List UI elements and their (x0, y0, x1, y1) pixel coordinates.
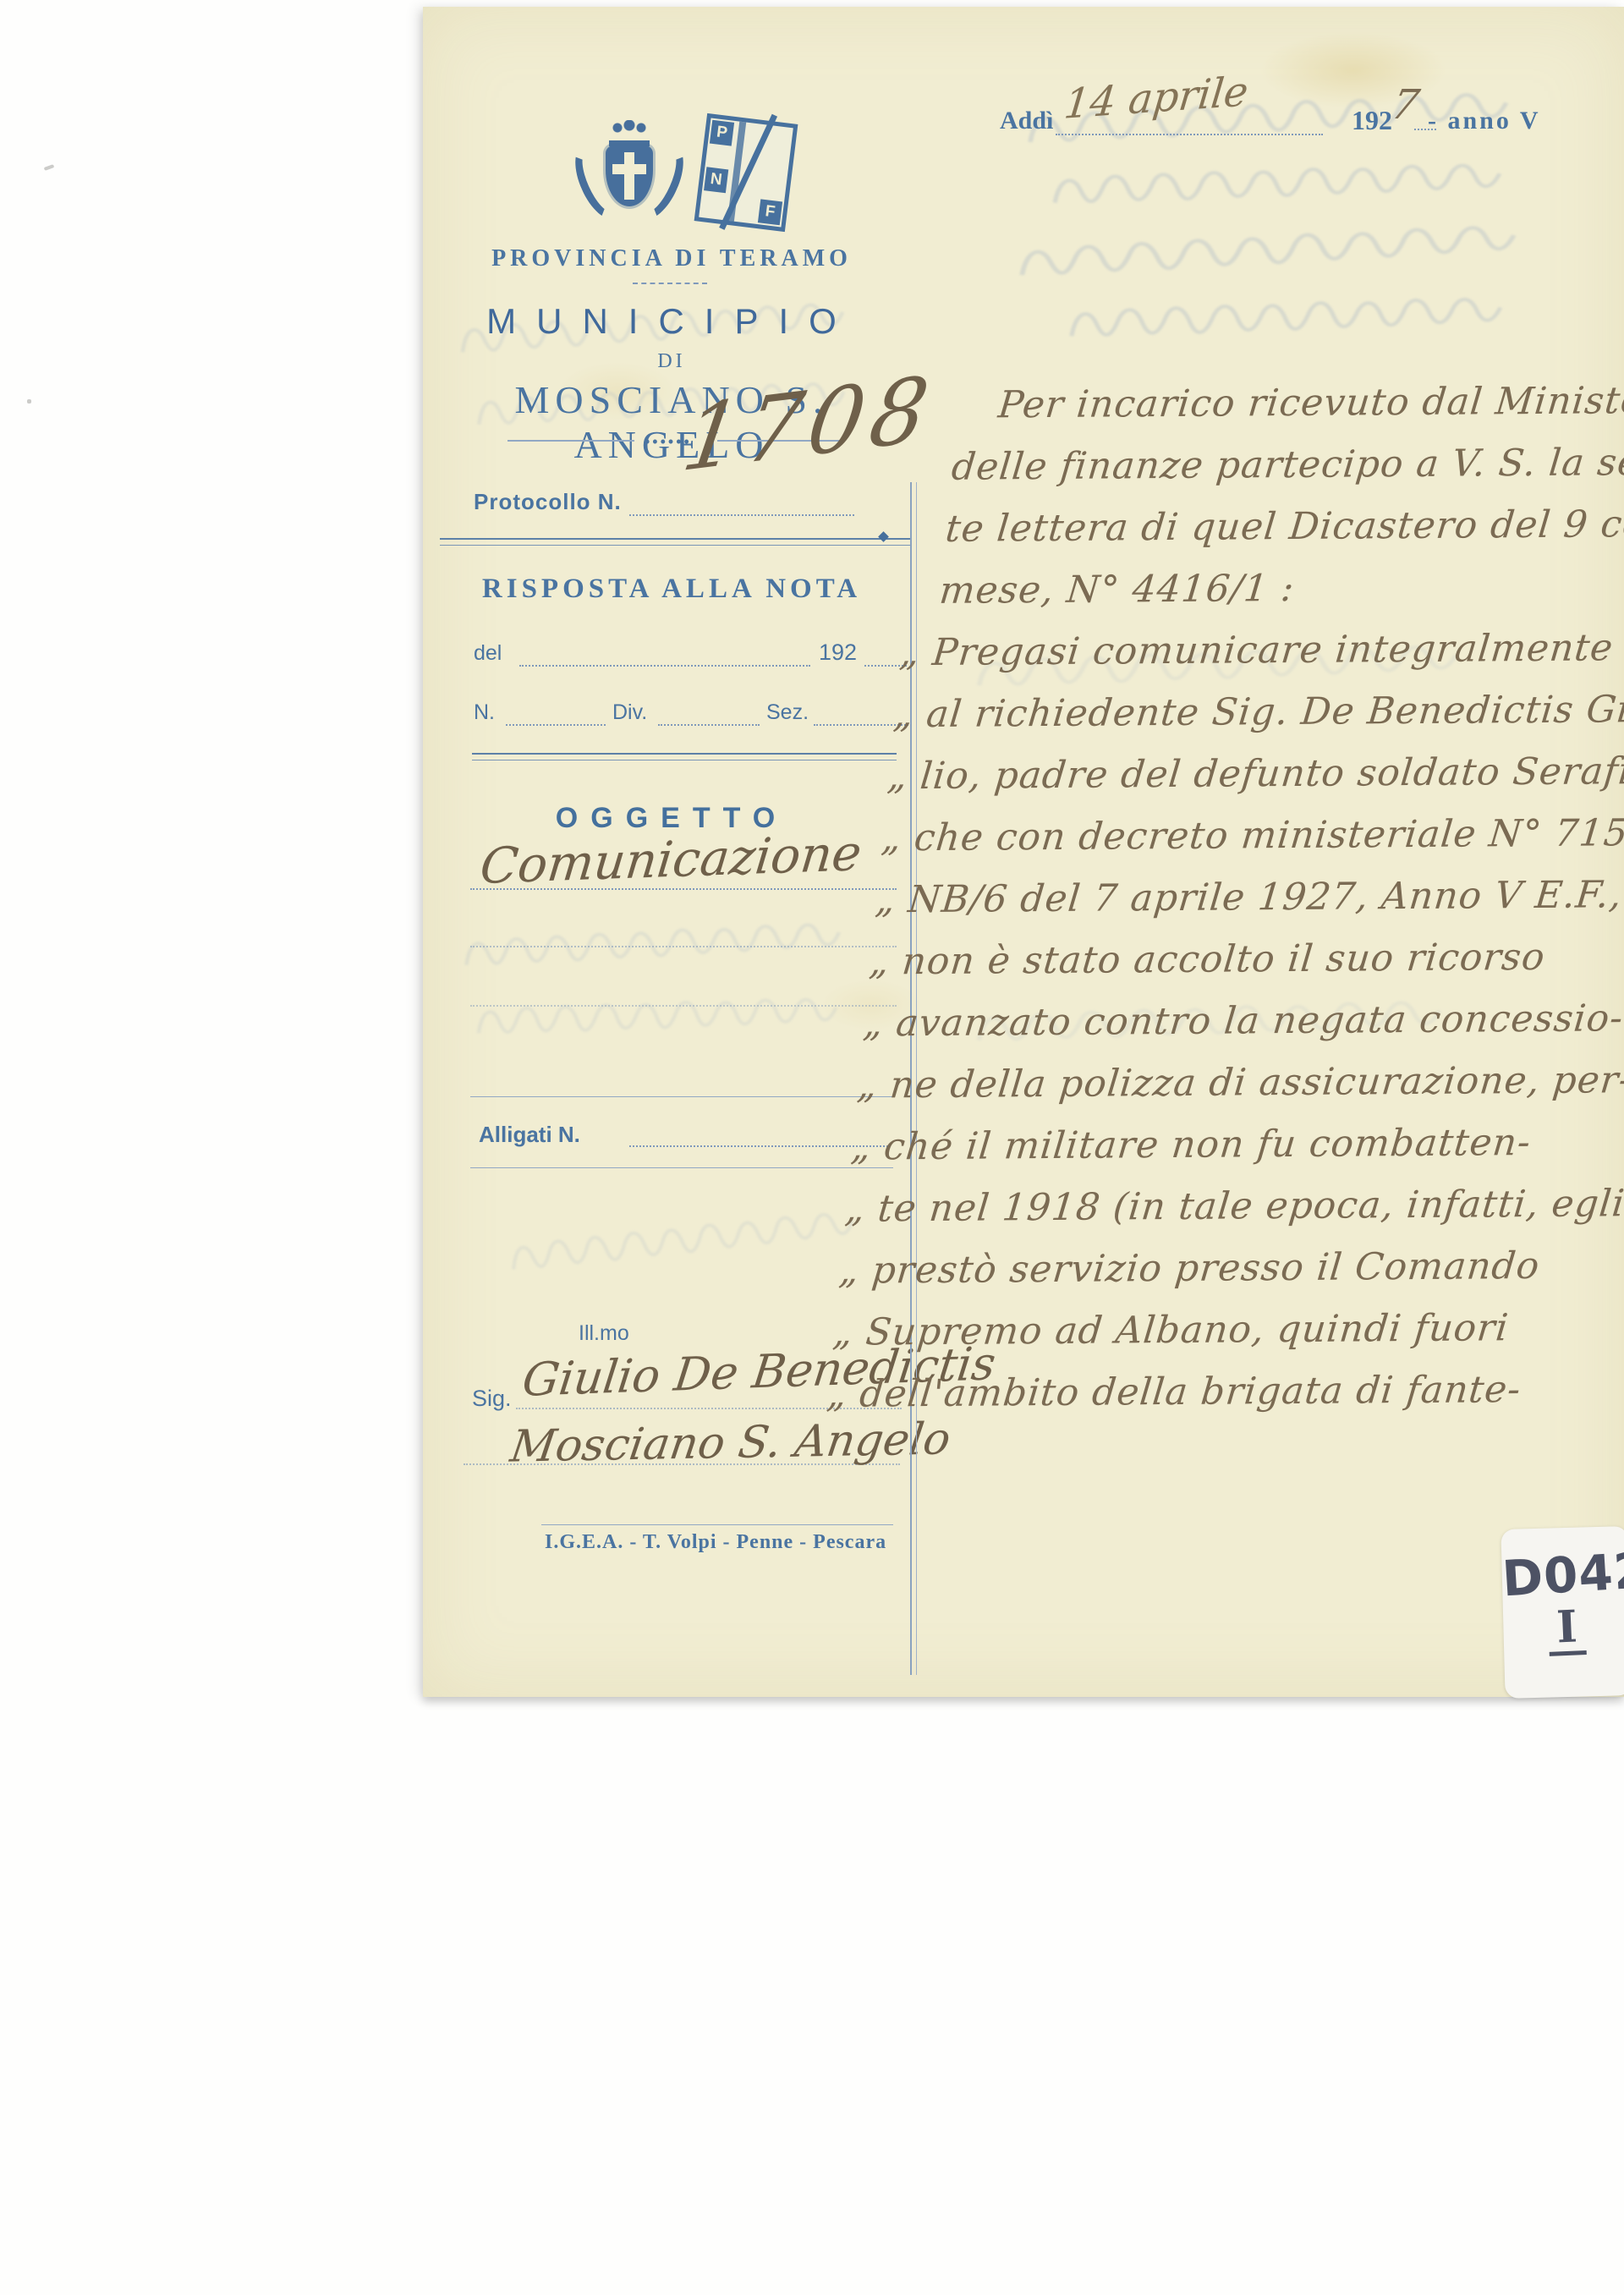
protocol-dotted-line (629, 514, 854, 516)
del-label: del (474, 641, 502, 666)
dotted-line (470, 946, 897, 947)
oggetto-dotted-line (470, 888, 897, 890)
del-dotted-line (519, 665, 810, 667)
risposta-heading: RISPOSTA ALLA NOTA (440, 574, 903, 605)
thin-rule (541, 1524, 893, 1525)
crown-icon (609, 120, 650, 146)
body-line: „ non è stato accolto il suo ricorso (866, 925, 1624, 992)
pnf-letter-f: F (758, 199, 782, 225)
body-line: „ che con decreto ministeriale N° 7153 (879, 801, 1624, 869)
year-prefix: 192 (819, 640, 857, 666)
pnf-letter-n: N (704, 167, 728, 193)
pnf-letter-p: P (710, 120, 734, 146)
illmo-label: Ill.mo (579, 1321, 629, 1346)
div-label: Div. (612, 700, 647, 725)
savoy-coat-of-arms-icon (585, 120, 673, 223)
horizontal-double-rule (472, 753, 897, 760)
body-line: delle finanze partecipo a V. S. la segue… (915, 431, 1624, 498)
scanner-speck (27, 399, 31, 404)
thin-rule (470, 1096, 893, 1097)
printer-imprint: I.G.E.A. - T. Volpi - Penne - Pescara (545, 1531, 886, 1554)
body-line: te lettera di quel Dicastero del 9 corre… (909, 492, 1624, 560)
date-addi-label: Addì (1000, 107, 1053, 135)
sig-label: Sig. (472, 1386, 512, 1412)
letter-body-handwritten: Per incarico ricevuto dal Ministero dell… (824, 369, 1624, 1425)
body-line: „ te nel 1918 (in tale epoca, infatti, e… (842, 1172, 1624, 1240)
ornament-rule (507, 440, 634, 442)
sez-label: Sez. (766, 700, 809, 725)
n-label: N. (474, 700, 495, 725)
body-line: Per incarico ricevuto dal Ministero (921, 369, 1624, 436)
body-line: mese, N° 4416/1 : (903, 554, 1624, 622)
div-dotted-line (658, 724, 760, 726)
alligati-dotted-line (629, 1145, 888, 1147)
alligati-label: Alligati N. (479, 1122, 580, 1148)
archive-label-sticker: D042 I (1501, 1526, 1624, 1699)
horizontal-double-rule (440, 538, 910, 546)
pnf-flag-emblem-icon: P N F (694, 113, 798, 232)
archive-code: D042 (1501, 1542, 1624, 1607)
body-line: „ avanzato contro la negata concessio- (860, 986, 1624, 1054)
body-line: „ al richiedente Sig. De Benedictis Giu- (891, 678, 1624, 745)
scanner-speck (44, 164, 55, 171)
body-line: „ dell'ambito della brigata di fante- (824, 1358, 1624, 1425)
body-line: „ prestò servizio presso il Comando (837, 1234, 1624, 1302)
province-title: PROVINCIA DI TERAMO (440, 245, 903, 272)
body-line: „ ne della polizza di assicurazione, per… (854, 1048, 1624, 1116)
municipio-title: MUNICIPIO (440, 301, 903, 342)
body-line: „ lio, padre del defunto soldato Serafin… (885, 739, 1624, 807)
body-line: „ ché il militare non fu combatten- (848, 1111, 1624, 1178)
archive-numeral: I (1547, 1603, 1587, 1656)
body-line: „ Supremo ad Albano, quindi fuori (830, 1296, 1624, 1364)
n-dotted-line (506, 724, 606, 726)
thin-rule (470, 1167, 893, 1168)
province-underline (633, 283, 707, 284)
body-line: „ Pregasi comunicare integralmente (897, 616, 1624, 684)
date-anno-label: - anno V (1428, 107, 1540, 135)
date-dotted-line (1056, 134, 1323, 135)
body-line: „ NB/6 del 7 aprile 1927, Anno V E.F., (873, 863, 1624, 931)
date-year-printed: 192 (1352, 105, 1392, 136)
dotted-line (470, 1005, 897, 1007)
protocol-label: Protocollo N. (474, 489, 622, 515)
scanned-letter-page: Addì 14 aprile 192 7 - anno V P N F PROV… (0, 0, 1624, 2295)
